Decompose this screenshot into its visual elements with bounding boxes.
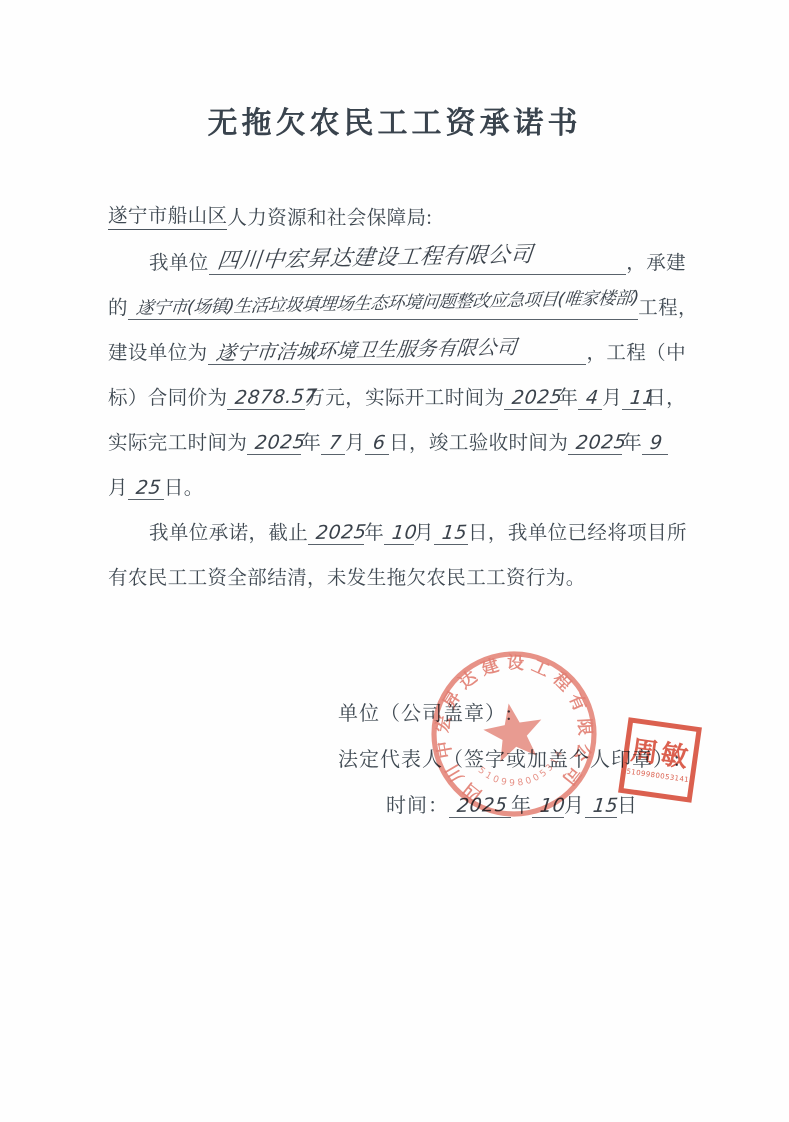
label-price: 标）合同价为	[108, 382, 227, 410]
fill-start-year-blank: 2025	[504, 389, 558, 410]
fill-promise-day-blank: 15	[434, 524, 468, 545]
fill-promise-month: 10	[391, 523, 418, 543]
body-line-price-start: 标）合同价为 2878.57 万元，实际开工时间为 2025 年 4 月 11 …	[108, 372, 686, 417]
company-seal-label: 单位（公司盖章）:	[338, 697, 513, 726]
label-zhongbiao: ，工程（中	[586, 337, 686, 365]
label-yue-3: 月	[108, 472, 128, 500]
fill-accept-year-blank: 2025	[568, 434, 622, 455]
fill-time-month: 10	[539, 796, 566, 816]
fill-start-month-blank: 4	[578, 389, 602, 410]
label-accept: 日，竣工验收时间为	[389, 427, 568, 455]
body-line-project: 的 遂宁市(场镇)生活垃圾填埋场生态环境问题整改应急项目(唯家楼部) 工程，	[108, 282, 686, 327]
fill-time-year: 2025	[456, 796, 508, 816]
addressee-underlined: 遂宁市船山区	[108, 200, 227, 230]
label-promise-c: 有农民工工资全部结清，未发生拖欠农民工工资行为。	[108, 562, 586, 590]
label-de: 的	[108, 292, 128, 320]
label-promise-a: 我单位承诺，截止	[149, 517, 308, 545]
time-line: 时间： 2025 年 10 月 15 日	[338, 780, 681, 826]
label-end-period: 日。	[164, 472, 204, 500]
fill-time-year-blank: 2025	[449, 797, 511, 818]
fill-time-month-blank: 10	[532, 797, 564, 818]
label-wanyuan: 万元，实际开工时间为	[305, 382, 504, 410]
document-title: 无拖欠农民工工资承诺书	[0, 98, 789, 142]
fill-accept-day-blank: 25	[128, 479, 164, 500]
fill-company-name: 四川中宏昇达建设工程有限公司	[216, 244, 534, 273]
fill-accept-month: 9	[649, 434, 664, 453]
scanned-commitment-letter: 无拖欠农民工工资承诺书 遂宁市船山区人力资源和社会保障局: 我单位 四川中宏昇达…	[0, 0, 789, 1122]
fill-owner-blank: 遂宁市洁城环境卫生服务有限公司	[208, 343, 587, 365]
label-yue-2: 月	[345, 427, 365, 455]
legal-rep-label: 法定代表人（签字或加盖个人印章）:	[338, 743, 681, 772]
time-label: 时间：	[386, 789, 449, 818]
fill-time-day-blank: 15	[585, 797, 617, 818]
document-body: 遂宁市船山区人力资源和社会保障局: 我单位 四川中宏昇达建设工程有限公司 ，承建…	[108, 192, 686, 597]
fill-project-blank: 遂宁市(场镇)生活垃圾填埋场生态环境问题整改应急项目(唯家楼部)	[128, 301, 638, 321]
signature-block: 单位（公司盖章）: 法定代表人（签字或加盖个人印章）: 时间： 2025 年 1…	[338, 688, 681, 826]
fill-finish-day: 6	[372, 434, 387, 453]
fill-company-blank: 四川中宏昇达建设工程有限公司	[209, 251, 627, 275]
body-line-finish-accept: 实际完工时间为 2025 年 7 月 6 日，竣工验收时间为 2025 年 9	[108, 417, 686, 462]
fill-finish-day-blank: 6	[365, 434, 389, 455]
label-gongcheng: 工程，	[638, 292, 698, 320]
time-nian: 年	[511, 789, 532, 818]
label-we-unit: 我单位	[149, 247, 209, 275]
fill-start-day: 11	[629, 388, 656, 408]
fill-start-year: 2025	[511, 388, 563, 408]
fill-contract-price: 2878.57	[234, 387, 318, 408]
fill-promise-month-blank: 10	[384, 524, 414, 545]
addressee-rest: 人力资源和社会保障局:	[227, 202, 432, 230]
label-promise-b: 日，我单位已经将项目所	[468, 517, 687, 545]
fill-accept-day: 25	[135, 478, 162, 498]
fill-finish-month-blank: 7	[321, 434, 345, 455]
addressee-line: 遂宁市船山区人力资源和社会保障局:	[108, 192, 686, 237]
fill-finish-year: 2025	[254, 433, 306, 453]
body-line-company: 我单位 四川中宏昇达建设工程有限公司 ，承建	[108, 237, 686, 282]
time-ri: 日	[617, 789, 638, 818]
fill-time-day: 15	[592, 796, 619, 816]
fill-finish-month: 7	[328, 434, 343, 453]
label-yue-1: 月	[602, 382, 622, 410]
legal-rep-label-line: 法定代表人（签字或加盖个人印章）:	[338, 734, 681, 780]
fill-start-day-blank: 11	[622, 389, 646, 410]
fill-promise-year: 2025	[315, 523, 367, 543]
label-owner: 建设单位为	[108, 337, 208, 365]
body-line-accept-day: 月 25 日。	[108, 462, 686, 507]
body-line-owner: 建设单位为 遂宁市洁城环境卫生服务有限公司 ，工程（中	[108, 327, 686, 372]
fill-accept-year: 2025	[575, 433, 627, 453]
fill-start-month: 4	[585, 389, 600, 408]
body-line-promise-2: 有农民工工资全部结清，未发生拖欠农民工工资行为。	[108, 552, 686, 597]
fill-project-name: 遂宁市(场镇)生活垃圾填埋场生态环境问题整改应急项目(唯家楼部)	[135, 290, 639, 318]
body-line-promise-1: 我单位承诺，截止 2025 年 10 月 15 日，我单位已经将项目所	[108, 507, 686, 552]
fill-promise-year-blank: 2025	[308, 524, 364, 545]
fill-promise-day: 15	[441, 523, 468, 543]
label-chengjian: ，承建	[626, 247, 686, 275]
fill-price-blank: 2878.57	[227, 389, 305, 410]
fill-finish-year-blank: 2025	[247, 434, 301, 455]
company-seal-label-line: 单位（公司盖章）:	[338, 688, 681, 734]
label-finish: 实际完工时间为	[108, 427, 247, 455]
fill-owner-name: 遂宁市洁城环境卫生服务有限公司	[215, 337, 518, 363]
time-yue: 月	[564, 789, 585, 818]
fill-accept-month-blank: 9	[642, 434, 668, 455]
